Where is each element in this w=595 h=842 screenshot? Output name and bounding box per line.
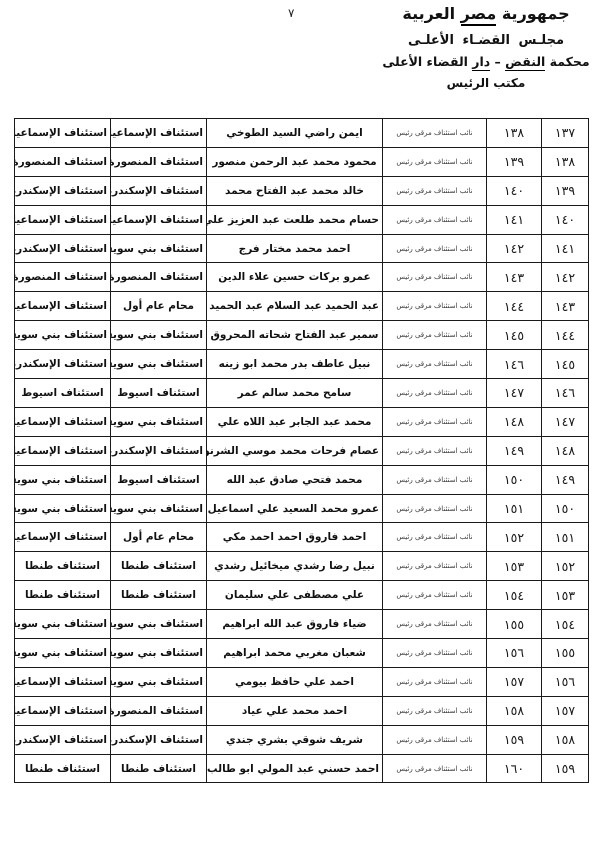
cell-order-number: ١٥٠: [487, 465, 542, 494]
cell-judge-name: احمد محمد مختار فرج: [207, 234, 383, 263]
cell-position-title: نائب استئناف مرقى رئيس: [383, 263, 487, 292]
cell-judge-name: احمد حسني عبد المولي ابو طالب: [207, 754, 383, 783]
cell-position-title: نائب استئناف مرقى رئيس: [383, 292, 487, 321]
table-row: ١٤٩ ١٥٠ نائب استئناف مرقى رئيس محمد فتحي…: [15, 465, 589, 494]
judges-roster-body: ١٣٧ ١٣٨ نائب استئناف مرقى رئيس ايمن راضي…: [15, 119, 589, 783]
cell-court-a: استئناف طنطا: [111, 552, 207, 581]
judges-roster-table: ١٣٧ ١٣٨ نائب استئناف مرقى رئيس ايمن راضي…: [14, 118, 589, 783]
court-title-dash: –: [490, 54, 505, 69]
cell-judge-name: نبيل رضا رشدي ميخائيل رشدي: [207, 552, 383, 581]
table-row: ١٥٧ ١٥٨ نائب استئناف مرقى رئيس احمد محمد…: [15, 696, 589, 725]
cell-judge-name: عمرو بركات حسين علاء الدين: [207, 263, 383, 292]
cell-position-title: نائب استئناف مرقى رئيس: [383, 350, 487, 379]
cell-court-b: استئناف بني سويف: [15, 494, 111, 523]
cell-court-b: استئناف طنطا: [15, 581, 111, 610]
cell-court-a: استئناف الإسكندرية: [111, 725, 207, 754]
cell-court-b: استئناف الإسماعيلية: [15, 292, 111, 321]
cell-court-a: استئناف بني سويف: [111, 639, 207, 668]
cell-order-number: ١٦٠: [487, 754, 542, 783]
cell-court-b: استئناف المنصورة: [15, 147, 111, 176]
table-row: ١٥٣ ١٥٤ نائب استئناف مرقى رئيس علي مصطفى…: [15, 581, 589, 610]
cell-court-a: استئناف بني سويف: [111, 407, 207, 436]
cell-serial-number: ١٤٣: [542, 292, 589, 321]
document-header: جمهورية مصر العربية مجلـس القضـاء الأعلـ…: [381, 3, 591, 90]
emblem-text-post: العربية: [402, 4, 460, 23]
cell-court-b: استئناف بني سويف: [15, 639, 111, 668]
cell-order-number: ١٥٣: [487, 552, 542, 581]
table-row: ١٤١ ١٤٢ نائب استئناف مرقى رئيس احمد محمد…: [15, 234, 589, 263]
table-row: ١٣٩ ١٤٠ نائب استئناف مرقى رئيس خالد محمد…: [15, 176, 589, 205]
page-number: ٧: [288, 6, 294, 20]
cell-court-a: محام عام أول: [111, 523, 207, 552]
cell-judge-name: عبد الحميد عبد السلام عبد الحميد الشاعر: [207, 292, 383, 321]
cell-court-a: استئناف اسيوط: [111, 465, 207, 494]
table-row: ١٥٥ ١٥٦ نائب استئناف مرقى رئيس شعبان مغر…: [15, 639, 589, 668]
cell-court-b: استئناف الإسماعيلية: [15, 205, 111, 234]
cell-position-title: نائب استئناف مرقى رئيس: [383, 610, 487, 639]
cell-order-number: ١٥١: [487, 494, 542, 523]
cell-position-title: نائب استئناف مرقى رئيس: [383, 407, 487, 436]
cell-court-a: استئناف طنطا: [111, 581, 207, 610]
council-title: مجلـس القضـاء الأعلـى: [381, 33, 591, 48]
cell-position-title: نائب استئناف مرقى رئيس: [383, 639, 487, 668]
court-title-underlined2: دار: [472, 54, 490, 71]
court-title-part1: محكمة: [545, 54, 589, 69]
court-title-part2: القضاء الأعلى: [382, 54, 472, 69]
table-row: ١٤٦ ١٤٧ نائب استئناف مرقى رئيس سامح محمد…: [15, 379, 589, 408]
cell-order-number: ١٤٨: [487, 407, 542, 436]
table-row: ١٥٢ ١٥٣ نائب استئناف مرقى رئيس نبيل رضا …: [15, 552, 589, 581]
cell-serial-number: ١٥٣: [542, 581, 589, 610]
cell-judge-name: ايمن راضي السيد الطوخي: [207, 119, 383, 148]
table-row: ١٥٦ ١٥٧ نائب استئناف مرقى رئيس احمد علي …: [15, 667, 589, 696]
cell-judge-name: شعبان مغربي محمد ابراهيم: [207, 639, 383, 668]
cell-position-title: نائب استئناف مرقى رئيس: [383, 147, 487, 176]
court-title-underlined1: النقض: [505, 54, 545, 71]
cell-position-title: نائب استئناف مرقى رئيس: [383, 465, 487, 494]
cell-order-number: ١٣٩: [487, 147, 542, 176]
cell-order-number: ١٤٢: [487, 234, 542, 263]
cell-judge-name: سمير عبد الفتاح شحاته المحروق: [207, 321, 383, 350]
cell-court-b: استئناف الإسماعيلية: [15, 523, 111, 552]
cell-court-b: استئناف بني سويف: [15, 610, 111, 639]
cell-order-number: ١٤٠: [487, 176, 542, 205]
table-row: ١٤٥ ١٤٦ نائب استئناف مرقى رئيس نبيل عاطف…: [15, 350, 589, 379]
cell-judge-name: شريف شوقي بشري جندي: [207, 725, 383, 754]
cell-position-title: نائب استئناف مرقى رئيس: [383, 176, 487, 205]
cell-position-title: نائب استئناف مرقى رئيس: [383, 754, 487, 783]
cell-court-b: استئناف الإسماعيلية: [15, 667, 111, 696]
cell-serial-number: ١٥١: [542, 523, 589, 552]
cell-serial-number: ١٤٩: [542, 465, 589, 494]
cell-court-b: استئناف بني سويف: [15, 321, 111, 350]
cell-court-b: استئناف طنطا: [15, 754, 111, 783]
office-title: مكتب الرئيس: [381, 76, 591, 90]
cell-court-b: استئناف الإسماعيلية: [15, 436, 111, 465]
cell-serial-number: ١٤٨: [542, 436, 589, 465]
table-row: ١٥٠ ١٥١ نائب استئناف مرقى رئيس عمرو محمد…: [15, 494, 589, 523]
table-row: ١٤٤ ١٤٥ نائب استئناف مرقى رئيس سمير عبد …: [15, 321, 589, 350]
cell-court-a: استئناف المنصورة: [111, 263, 207, 292]
cell-court-a: استئناف المنصورة: [111, 147, 207, 176]
cell-order-number: ١٥٥: [487, 610, 542, 639]
emblem-text-underlined: مصر: [461, 4, 497, 26]
cell-judge-name: محمود محمد عبد الرحمن منصور: [207, 147, 383, 176]
cell-position-title: نائب استئناف مرقى رئيس: [383, 523, 487, 552]
cell-serial-number: ١٤٧: [542, 407, 589, 436]
cell-court-a: استئناف الإسكندرية: [111, 176, 207, 205]
cell-order-number: ١٥٦: [487, 639, 542, 668]
cell-court-a: استئناف بني سويف: [111, 494, 207, 523]
cell-judge-name: علي مصطفى علي سليمان: [207, 581, 383, 610]
cell-order-number: ١٤٩: [487, 436, 542, 465]
cell-court-b: استئناف بني سويف: [15, 465, 111, 494]
table-row: ١٣٨ ١٣٩ نائب استئناف مرقى رئيس محمود محم…: [15, 147, 589, 176]
cell-position-title: نائب استئناف مرقى رئيس: [383, 234, 487, 263]
table-row: ١٥١ ١٥٢ نائب استئناف مرقى رئيس احمد فارو…: [15, 523, 589, 552]
cell-court-a: استئناف بني سويف: [111, 350, 207, 379]
cell-order-number: ١٥٢: [487, 523, 542, 552]
cell-position-title: نائب استئناف مرقى رئيس: [383, 581, 487, 610]
cell-position-title: نائب استئناف مرقى رئيس: [383, 725, 487, 754]
cell-serial-number: ١٥٨: [542, 725, 589, 754]
cell-serial-number: ١٣٧: [542, 119, 589, 148]
cell-court-a: استئناف بني سويف: [111, 610, 207, 639]
cell-judge-name: احمد محمد علي عياد: [207, 696, 383, 725]
cell-position-title: نائب استئناف مرقى رئيس: [383, 667, 487, 696]
cell-judge-name: نبيل عاطف بدر محمد ابو زينه: [207, 350, 383, 379]
cell-serial-number: ١٣٨: [542, 147, 589, 176]
cell-serial-number: ١٤٤: [542, 321, 589, 350]
cell-order-number: ١٥٧: [487, 667, 542, 696]
cell-serial-number: ١٤٥: [542, 350, 589, 379]
table-row: ١٤٢ ١٤٣ نائب استئناف مرقى رئيس عمرو بركا…: [15, 263, 589, 292]
table-row: ١٤٨ ١٤٩ نائب استئناف مرقى رئيس عصام فرحا…: [15, 436, 589, 465]
cell-court-b: استئناف الإسكندرية: [15, 176, 111, 205]
cell-order-number: ١٤٣: [487, 263, 542, 292]
emblem-text-pre: جمهورية: [496, 4, 569, 23]
table-row: ١٥٤ ١٥٥ نائب استئناف مرقى رئيس ضياء فارو…: [15, 610, 589, 639]
cell-judge-name: محمد عبد الجابر عبد اللاه علي: [207, 407, 383, 436]
cell-court-b: استئناف الإسكندرية: [15, 725, 111, 754]
document-page: ٧ جمهورية مصر العربية مجلـس القضـاء الأع…: [0, 0, 595, 842]
table-row: ١٤٠ ١٤١ نائب استئناف مرقى رئيس حسام محمد…: [15, 205, 589, 234]
cell-serial-number: ١٥٩: [542, 754, 589, 783]
cell-judge-name: ضياء فاروق عبد الله ابراهيم: [207, 610, 383, 639]
cell-order-number: ١٤٧: [487, 379, 542, 408]
cell-order-number: ١٣٨: [487, 119, 542, 148]
cell-serial-number: ١٤٦: [542, 379, 589, 408]
cell-position-title: نائب استئناف مرقى رئيس: [383, 379, 487, 408]
cell-position-title: نائب استئناف مرقى رئيس: [383, 552, 487, 581]
cell-serial-number: ١٥٤: [542, 610, 589, 639]
cell-position-title: نائب استئناف مرقى رئيس: [383, 205, 487, 234]
table-row: ١٤٣ ١٤٤ نائب استئناف مرقى رئيس عبد الحمي…: [15, 292, 589, 321]
cell-judge-name: سامح محمد سالم عمر: [207, 379, 383, 408]
cell-judge-name: احمد علي حافظ بيومي: [207, 667, 383, 696]
cell-serial-number: ١٥٧: [542, 696, 589, 725]
cell-serial-number: ١٤١: [542, 234, 589, 263]
cell-court-a: محام عام أول: [111, 292, 207, 321]
cell-judge-name: احمد فاروق احمد احمد مكي: [207, 523, 383, 552]
cell-court-b: استئناف اسيوط: [15, 379, 111, 408]
cell-serial-number: ١٥٢: [542, 552, 589, 581]
cell-judge-name: حسام محمد طلعت عبد العزيز علي سلامه: [207, 205, 383, 234]
cell-serial-number: ١٤٠: [542, 205, 589, 234]
cell-judge-name: محمد فتحي صادق عبد الله: [207, 465, 383, 494]
cell-position-title: نائب استئناف مرقى رئيس: [383, 696, 487, 725]
state-emblem-title: جمهورية مصر العربية: [381, 3, 591, 25]
cell-serial-number: ١٥٠: [542, 494, 589, 523]
cell-court-b: استئناف الإسكندرية: [15, 350, 111, 379]
table-row: ١٤٧ ١٤٨ نائب استئناف مرقى رئيس محمد عبد …: [15, 407, 589, 436]
cell-order-number: ١٥٩: [487, 725, 542, 754]
cell-court-a: استئناف بني سويف: [111, 234, 207, 263]
cell-order-number: ١٤٤: [487, 292, 542, 321]
cell-court-a: استئناف الإسكندرية: [111, 436, 207, 465]
cell-serial-number: ١٤٢: [542, 263, 589, 292]
cell-judge-name: خالد محمد عبد الفتاح محمد: [207, 176, 383, 205]
cell-court-a: استئناف بني سويف: [111, 667, 207, 696]
cell-judge-name: عمرو محمد السعيد علي اسماعيل: [207, 494, 383, 523]
cell-order-number: ١٤٦: [487, 350, 542, 379]
cell-court-a: استئناف المنصورة: [111, 696, 207, 725]
cell-court-a: استئناف بني سويف: [111, 321, 207, 350]
cell-court-b: استئناف الإسماعيلية: [15, 696, 111, 725]
cell-court-b: استئناف طنطا: [15, 552, 111, 581]
cell-court-b: استئناف الإسكندرية: [15, 234, 111, 263]
cell-position-title: نائب استئناف مرقى رئيس: [383, 321, 487, 350]
cell-order-number: ١٤٥: [487, 321, 542, 350]
cell-position-title: نائب استئناف مرقى رئيس: [383, 436, 487, 465]
cell-court-a: استئناف الإسماعيلية: [111, 119, 207, 148]
cell-position-title: نائب استئناف مرقى رئيس: [383, 494, 487, 523]
cell-court-a: استئناف اسيوط: [111, 379, 207, 408]
cell-order-number: ١٥٤: [487, 581, 542, 610]
cell-judge-name: عصام فرحات محمد موسي الشرنوبي: [207, 436, 383, 465]
cell-serial-number: ١٥٦: [542, 667, 589, 696]
cell-court-a: استئناف طنطا: [111, 754, 207, 783]
table-row: ١٥٩ ١٦٠ نائب استئناف مرقى رئيس احمد حسني…: [15, 754, 589, 783]
cell-court-b: استئناف الإسماعيلية: [15, 407, 111, 436]
cell-serial-number: ١٣٩: [542, 176, 589, 205]
table-row: ١٣٧ ١٣٨ نائب استئناف مرقى رئيس ايمن راضي…: [15, 119, 589, 148]
table-row: ١٥٨ ١٥٩ نائب استئناف مرقى رئيس شريف شوقي…: [15, 725, 589, 754]
cell-order-number: ١٤١: [487, 205, 542, 234]
cell-court-a: استئناف الإسماعيلية: [111, 205, 207, 234]
cell-position-title: نائب استئناف مرقى رئيس: [383, 119, 487, 148]
court-title: محكمة النقض – دار القضاء الأعلى: [381, 54, 591, 69]
cell-court-b: استئناف الإسماعيلية: [15, 119, 111, 148]
cell-court-b: استئناف المنصورة: [15, 263, 111, 292]
cell-order-number: ١٥٨: [487, 696, 542, 725]
cell-serial-number: ١٥٥: [542, 639, 589, 668]
